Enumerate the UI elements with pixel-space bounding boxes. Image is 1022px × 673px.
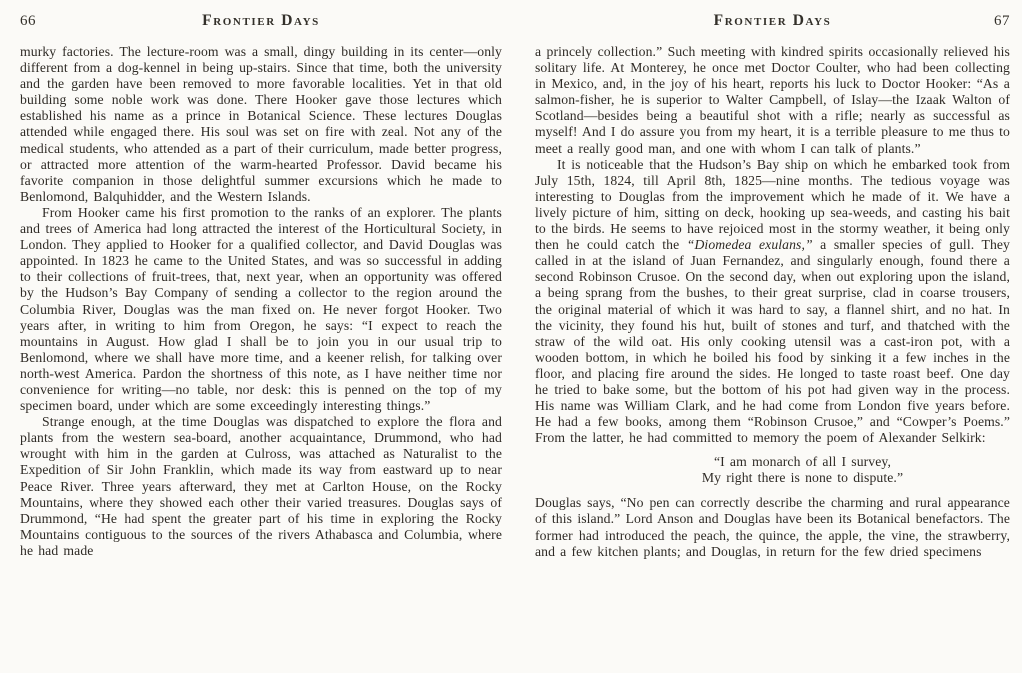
page-number-right: 67: [966, 13, 1010, 30]
paragraph: a princely collection.” Such meeting wit…: [535, 44, 1010, 157]
verse-quote: “I am monarch of all I survey,My right t…: [535, 454, 1010, 486]
paragraph: Strange enough, at the time Douglas was …: [20, 414, 502, 559]
page-left: 66 Frontier Days murky factories. The le…: [0, 0, 502, 673]
body-text: murky factories. The lecture-room was a …: [20, 44, 502, 204]
paragraph: Douglas says, “No pen can correctly desc…: [535, 495, 1010, 559]
page-body-left: murky factories. The lecture-room was a …: [20, 44, 502, 559]
body-text: a smaller species of gull. They called i…: [535, 237, 1010, 445]
verse-line: “I am monarch of all I survey,: [595, 454, 1010, 470]
body-text: Strange enough, at the time Douglas was …: [20, 414, 502, 558]
page-body-right: a princely collection.” Such meeting wit…: [535, 44, 1010, 560]
running-title-left: Frontier Days: [64, 12, 458, 30]
paragraph: murky factories. The lecture-room was a …: [20, 44, 502, 205]
italic-text: “Diomedea exulans,”: [687, 237, 813, 252]
page-right: Frontier Days 67 a princely collection.”…: [502, 0, 1022, 673]
book-spread: 66 Frontier Days murky factories. The le…: [0, 0, 1022, 673]
paragraph: From Hooker came his first promotion to …: [20, 205, 502, 414]
paragraph: It is noticeable that the Hudson’s Bay s…: [535, 157, 1010, 447]
running-title-right: Frontier Days: [579, 12, 966, 30]
page-number-left: 66: [20, 13, 64, 30]
page-header-left: 66 Frontier Days: [20, 12, 502, 30]
body-text: Douglas says, “No pen can correctly desc…: [535, 495, 1010, 558]
page-header-right: Frontier Days 67: [535, 12, 1010, 30]
body-text: a princely collection.” Such meeting wit…: [535, 44, 1010, 156]
body-text: From Hooker came his first promotion to …: [20, 205, 502, 413]
verse-line: My right there is none to dispute.”: [595, 470, 1010, 486]
